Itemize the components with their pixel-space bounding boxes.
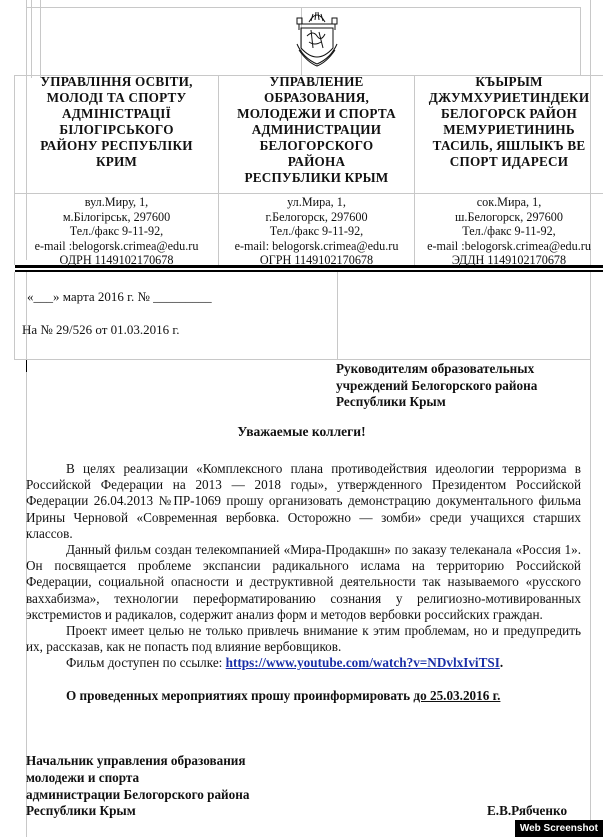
paragraph: В целях реализации «Комплексного плана п… xyxy=(26,461,581,542)
position-line: Республики Крым xyxy=(26,803,249,820)
title-line: МОЛОДЕЖИ И СПОРТА xyxy=(219,106,414,122)
address-line: вул.Миру, 1, xyxy=(15,195,218,210)
title-line: ДЖУМХУРИЕТИНДЕКИ xyxy=(415,90,603,106)
position-line: администрации Белогорского района xyxy=(26,787,249,804)
request-text: О проведенных мероприятиях прошу проинфо… xyxy=(66,688,413,703)
header-title-uk: УПРАВЛІННЯ ОСВІТИ, МОЛОДІ ТА СПОРТУ АДМІ… xyxy=(15,74,218,170)
grid-line xyxy=(40,0,41,78)
registration-number: ЭДДН 1149102170678 xyxy=(415,253,603,268)
request-deadline: до 25.03.2016 г. xyxy=(413,688,500,703)
film-link[interactable]: https://www.youtube.com/watch?v=NDvlxIvi… xyxy=(226,655,500,670)
title-line: БЕЛОГОРСК РАЙОН xyxy=(415,106,603,122)
letter-body: В целях реализации «Комплексного плана п… xyxy=(26,461,581,704)
paragraph: Проект имеет целью не только привлечь вн… xyxy=(26,623,581,655)
signature-position: Начальник управления образования молодеж… xyxy=(26,753,249,820)
film-link-prefix: Фильм доступен по ссылке: xyxy=(66,655,226,670)
title-line: РАЙОНА xyxy=(219,154,414,170)
grid-line xyxy=(31,0,32,78)
title-line: УПРАВЛІННЯ ОСВІТИ, xyxy=(15,74,218,90)
cursor-bar xyxy=(26,360,27,372)
registration-number: ОДРН 1149102170678 xyxy=(15,253,218,268)
request-line: О проведенных мероприятиях прошу проинфо… xyxy=(26,688,581,704)
address-line: Тел./факс 9-11-92, xyxy=(15,224,218,239)
grid-line xyxy=(14,359,341,360)
outgoing-date-number: «___» марта 2016 г. № _________ xyxy=(27,289,212,305)
title-line: БЕЛОГОРСКОГО xyxy=(219,138,414,154)
title-line: АДМИНИСТРАЦИИ xyxy=(219,122,414,138)
email-line: e-mail :belogorsk.crimea@edu.ru xyxy=(415,239,603,254)
grid-line xyxy=(14,272,15,360)
title-line: МОЛОДІ ТА СПОРТУ xyxy=(15,90,218,106)
title-line: УПРАВЛЕНИЕ xyxy=(219,74,414,90)
title-line: РЕСПУБЛИКИ КРЫМ xyxy=(219,170,414,186)
coat-of-arms-icon xyxy=(295,8,339,68)
address-line: ш.Белогорск, 297600 xyxy=(415,210,603,225)
incoming-reference: На № 29/526 от 01.03.2016 г. xyxy=(22,322,180,338)
position-line: Начальник управления образования xyxy=(26,753,249,770)
title-line: БІЛОГІРСЬКОГО xyxy=(15,122,218,138)
film-link-suffix: . xyxy=(500,655,503,670)
title-line: РАЙОНУ РЕСПУБЛІКИ xyxy=(15,138,218,154)
address-line: ул.Мира, 1, xyxy=(219,195,414,210)
address-line: г.Белогорск, 297600 xyxy=(219,210,414,225)
addressee-line: Руководителям образовательных xyxy=(336,361,537,378)
film-link-line: Фильм доступен по ссылке: https://www.yo… xyxy=(26,655,581,671)
grid-line xyxy=(14,193,603,194)
title-line: ОБРАЗОВАНИЯ, xyxy=(219,90,414,106)
header-title-crh: КЪЫРЫМ ДЖУМХУРИЕТИНДЕКИ БЕЛОГОРСК РАЙОН … xyxy=(415,74,603,170)
header-address-uk: вул.Миру, 1, м.Білогірськ, 297600 Тел./ф… xyxy=(15,195,218,268)
addressee: Руководителям образовательных учреждений… xyxy=(336,361,537,411)
email-line: e-mail: belogorsk.crimea@edu.ru xyxy=(219,239,414,254)
addressee-line: учреждений Белогорского района xyxy=(336,378,537,395)
grid-line xyxy=(580,7,581,75)
title-line: КЪЫРЫМ xyxy=(415,74,603,90)
header-title-ru: УПРАВЛЕНИЕ ОБРАЗОВАНИЯ, МОЛОДЕЖИ И СПОРТ… xyxy=(219,74,414,186)
header-address-crh: сок.Мира, 1, ш.Белогорск, 297600 Тел./фа… xyxy=(415,195,603,268)
greeting: Уважаемые коллеги! xyxy=(0,424,603,440)
addressee-line: Республики Крым xyxy=(336,394,537,411)
grid-line xyxy=(590,272,591,837)
web-screenshot-badge: Web Screenshot xyxy=(515,820,603,837)
paragraph: Данный фильм создан телекомпанией «Мира-… xyxy=(26,542,581,623)
title-line: СПОРТ ИДАРЕСИ xyxy=(415,154,603,170)
signer-name: Е.В.Рябченко xyxy=(487,803,567,819)
position-line: молодежи и спорта xyxy=(26,770,249,787)
title-line: ТАСИЛЬ, ЯШЛЫКЪ ВЕ xyxy=(415,138,603,154)
address-line: Тел./факс 9-11-92, xyxy=(219,224,414,239)
title-line: АДМІНІСТРАЦІЇ xyxy=(15,106,218,122)
address-line: Тел./факс 9-11-92, xyxy=(415,224,603,239)
header-rule-thin xyxy=(15,270,603,272)
email-line: e-mail :belogorsk.crimea@edu.ru xyxy=(15,239,218,254)
address-line: сок.Мира, 1, xyxy=(415,195,603,210)
address-line: м.Білогірськ, 297600 xyxy=(15,210,218,225)
title-line: МЕМУРИЕТИНИНЬ xyxy=(415,122,603,138)
grid-line xyxy=(337,272,338,360)
header-address-ru: ул.Мира, 1, г.Белогорск, 297600 Тел./фак… xyxy=(219,195,414,268)
registration-number: ОГРН 1149102170678 xyxy=(219,253,414,268)
title-line: КРИМ xyxy=(15,154,218,170)
grid-line xyxy=(337,359,591,360)
